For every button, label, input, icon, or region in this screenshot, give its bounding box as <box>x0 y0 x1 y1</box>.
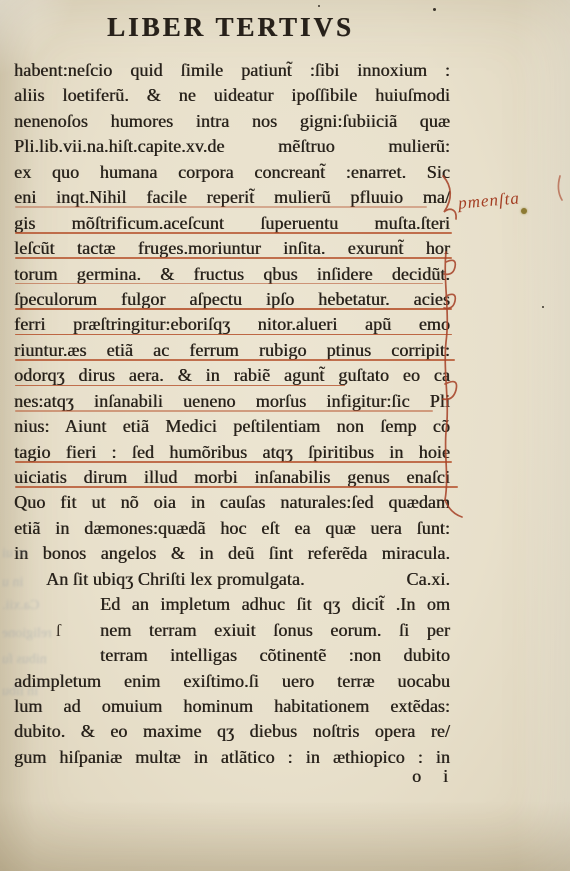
line-text: Pli.lib.vii.na.hiſt.capite.xv.de mẽſtruo… <box>14 136 450 156</box>
bleedthrough-text: in iibu <box>2 684 38 700</box>
line-text: tagio fieri : ſed humõribus atqʒ ſpiriti… <box>14 442 450 462</box>
line-text: ferri præſtringitur:eboriſqʒ nitor.aluer… <box>14 314 450 334</box>
ink-speck <box>433 8 436 11</box>
line-text: aliis loetiferũ. & ne uideatur ipoſſibil… <box>14 85 450 105</box>
text-line: Pli.lib.vii.na.hiſt.capite.xv.de mẽſtruo… <box>14 134 450 159</box>
bleedthrough-text: m ui <box>2 546 27 562</box>
red-underline <box>15 232 452 234</box>
line-text: eni inqt.Nihil facile reperit̃ mulierũ p… <box>14 187 450 207</box>
text-line: riuntur.æs etiã ac ferrum rubigo ptinus … <box>14 338 450 363</box>
red-underline <box>15 359 455 361</box>
ink-speck <box>542 306 544 308</box>
line-text: habent:neſcio quid ſimile patiunt̃ :ſibi… <box>14 60 450 80</box>
text-line: Ed an impletum adhuc ſit qʒ dicit̃ .In o… <box>14 592 450 617</box>
line-text: odorqʒ dirus aera. & in rabiẽ agunt̃ guſ… <box>14 365 450 385</box>
text-line: adimpletum enim exiſtimo.ſi uero terræ u… <box>14 669 450 694</box>
text-line: eni inqt.Nihil facile reperit̃ mulierũ p… <box>14 185 450 210</box>
line-text: etiã in dæmones:quædã hoc eſt ea quæ uer… <box>14 518 450 538</box>
text-line: nem terram exiuit ſonus eorum. ſi perſ <box>14 618 450 643</box>
line-text: Quo fit ut nõ oia in cauſas naturales:ſe… <box>14 492 450 512</box>
text-line: terram intelligas cõtinentẽ :non dubito <box>14 643 450 668</box>
text-line: in bonos angelos & in deũ ſint referẽda … <box>14 541 450 566</box>
red-underline <box>15 410 433 412</box>
handwritten-note: pmenſta <box>457 182 570 213</box>
bleedthrough-text: Ca.xii. <box>2 598 39 614</box>
ink-speck <box>318 5 320 7</box>
line-text: nes:atqʒ inſanabili ueneno morſus infigi… <box>14 391 450 411</box>
text-line: uiciatis dirum illud morbi inſanabilis g… <box>14 465 450 490</box>
chapter-title: An ſit ubiqʒ Chriſti lex promulgata. <box>46 567 305 592</box>
text-line: lum ad omuium hominum habitationem extẽd… <box>14 694 450 719</box>
text-line: ferri præſtringitur:eboriſqʒ nitor.aluer… <box>14 312 450 337</box>
red-underline <box>15 334 452 336</box>
text-line: tagio fieri : ſed humõribus atqʒ ſpiriti… <box>14 440 450 465</box>
text-line: odorqʒ dirus aera. & in rabiẽ agunt̃ guſ… <box>14 363 450 388</box>
gold-ink-dot <box>521 208 527 214</box>
red-underline <box>15 257 452 259</box>
bleedthrough-text: nibus ſu <box>2 652 47 668</box>
text-line: nius: Aiunt etiã Medici peſtilentiam non… <box>14 414 450 439</box>
line-text: gum hiſpaniæ multæ in atlãtico : in æthi… <box>14 747 450 767</box>
text-line: nes:atqʒ inſanabili ueneno morſus infigi… <box>14 389 450 414</box>
signature-i: i <box>443 766 448 786</box>
line-text: nem terram exiuit ſonus eorum. ſi per <box>100 620 450 640</box>
chapter-number: Ca.xi. <box>406 567 450 592</box>
line-text: riuntur.æs etiã ac ferrum rubigo ptinus … <box>14 340 450 360</box>
line-text: Ed an impletum adhuc ſit qʒ dicit̃ .In o… <box>100 594 450 614</box>
red-underline <box>15 283 443 285</box>
text-line: ex quo humana corpora concreant̃ :enarre… <box>14 160 450 185</box>
red-underline <box>15 461 452 463</box>
line-text: nius: Aiunt etiã Medici peſtilentiam non… <box>14 416 450 436</box>
bleedthrough-text: religione <box>2 626 52 642</box>
line-text: ſpeculorum fulgor aſpectu ipſo hebetatur… <box>14 289 450 309</box>
text-line: Quo fit ut nõ oia in cauſas naturales:ſe… <box>14 490 450 515</box>
text-line: nenenoſos humores intra nos gigni:ſubiic… <box>14 109 450 134</box>
line-text: leſcũt tactæ fruges.moriuntur inſita. ex… <box>14 238 450 258</box>
text-line: gis mõſtrificum.aceſcunt ſuperuentu muſt… <box>14 211 450 236</box>
chapter-heading-line: An ſit ubiqʒ Chriſti lex promulgata.Ca.x… <box>14 567 450 592</box>
text-line: aliis loetiferũ. & ne uideatur ipoſſibil… <box>14 83 450 108</box>
signature-o: o <box>412 766 421 786</box>
line-text: torum germina. & fructus qbus inſidere d… <box>14 264 450 284</box>
line-text: terram intelligas cõtinentẽ :non dubito <box>100 645 450 665</box>
line-text: lum ad omuium hominum habitationem extẽd… <box>14 696 450 716</box>
line-text: uiciatis dirum illud morbi inſanabilis g… <box>14 467 450 487</box>
signature-mark: oi <box>14 766 448 787</box>
red-underline <box>15 486 458 488</box>
text-line: etiã in dæmones:quædã hoc eſt ea quæ uer… <box>14 516 450 541</box>
text-block: habent:neſcio quid ſimile patiunt̃ :ſibi… <box>14 58 450 770</box>
line-text: ex quo humana corpora concreant̃ :enarre… <box>14 162 450 182</box>
text-line: habent:neſcio quid ſimile patiunt̃ :ſibi… <box>14 58 450 83</box>
text-line: ſpeculorum fulgor aſpectu ipſo hebetatur… <box>14 287 450 312</box>
page-title: LIBER TERTIVS <box>14 12 447 43</box>
book-page: LIBER TERTIVS habent:neſcio quid ſimile … <box>0 0 570 871</box>
bleedthrough-text: in u <box>2 575 23 591</box>
red-underline <box>15 385 345 387</box>
line-text: dubito. & eo maxime qʒ diebus noſtris op… <box>14 721 450 741</box>
text-line: dubito. & eo maxime qʒ diebus noſtris op… <box>14 719 450 744</box>
line-text: nenenoſos humores intra nos gigni:ſubiic… <box>14 111 450 131</box>
text-line: leſcũt tactæ fruges.moriuntur inſita. ex… <box>14 236 450 261</box>
red-underline <box>15 206 427 208</box>
text-line: torum germina. & fructus qbus inſidere d… <box>14 262 450 287</box>
line-text: in bonos angelos & in deũ ſint referẽda … <box>14 543 450 563</box>
line-text: adimpletum enim exiſtimo.ſi uero terræ u… <box>14 671 450 691</box>
red-underline <box>15 308 452 310</box>
line-text: gis mõſtrificum.aceſcunt ſuperuentu muſt… <box>14 213 450 233</box>
guide-letter: ſ <box>56 618 61 643</box>
